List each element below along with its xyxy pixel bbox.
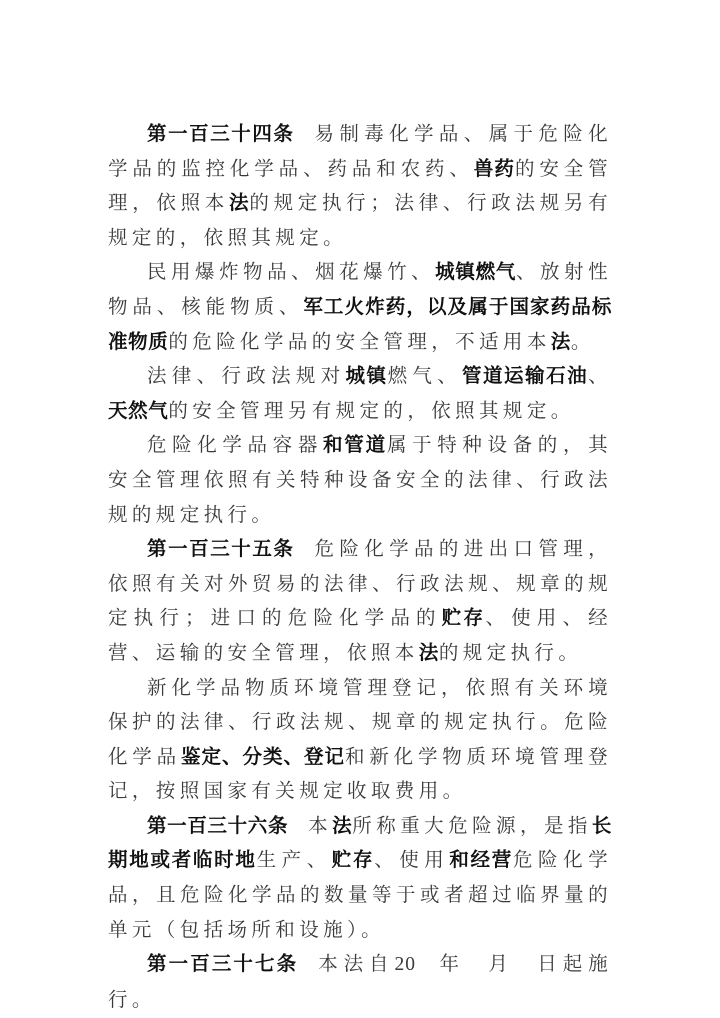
bold-segment: 法 xyxy=(551,330,571,353)
year-prefix: 20 xyxy=(394,954,416,975)
month-unit: 月 xyxy=(487,952,514,975)
text-segment: 、 xyxy=(588,364,612,387)
bold-segment: 法 xyxy=(332,814,352,837)
bold-segment: 城镇燃气 xyxy=(435,260,516,283)
effective-date-prefix: 本法自 xyxy=(318,952,394,975)
article-134-paragraph-3: 法律、行政法规对城镇燃气、管道运输石油、天然气的安全管理另有规定的，依照其规定。 xyxy=(108,359,612,428)
bold-segment: 和管道 xyxy=(323,433,387,456)
bold-segment: 兽药 xyxy=(474,157,515,180)
text-segment: 、使用 xyxy=(374,848,449,871)
bold-segment: 贮存 xyxy=(442,606,486,629)
article-label: 第一百三十六条 xyxy=(147,814,288,837)
text-segment: 生产、 xyxy=(257,848,332,871)
article-label: 第一百三十五条 xyxy=(147,537,295,560)
article-label: 第一百三十七条 xyxy=(147,952,298,975)
bold-segment: 贮存 xyxy=(332,848,374,871)
text-segment: 的规定执行。 xyxy=(439,641,582,664)
bold-segment: 天然气 xyxy=(108,399,168,422)
text-segment: 民用爆炸物品、烟花爆竹、 xyxy=(147,260,435,283)
text-segment: 危险化学品容器 xyxy=(147,433,323,456)
article-134-paragraph-4: 危险化学品容器和管道属于特种设备的，其安全管理依照有关特种设备安全的法律、行政法… xyxy=(108,428,612,532)
text-segment: 的安全管理另有规定的，依照其规定。 xyxy=(168,399,574,422)
bold-segment: 和经营 xyxy=(449,848,513,871)
document-page: 第一百三十四条易制毒化学品、属于危险化学品的监控化学品、药品和农药、兽药的安全管… xyxy=(108,117,612,1017)
article-134-paragraph-1: 第一百三十四条易制毒化学品、属于危险化学品的监控化学品、药品和农药、兽药的安全管… xyxy=(108,117,612,255)
text-segment: 。 xyxy=(571,330,595,353)
text-segment: 法律、行政法规对 xyxy=(147,364,346,387)
text-segment: 本 xyxy=(308,814,332,837)
bold-segment: 法 xyxy=(229,191,249,214)
bold-segment: 法 xyxy=(419,641,439,664)
article-134-paragraph-2: 民用爆炸物品、烟花爆竹、城镇燃气、放射性物品、核能物质、军工火炸药，以及属于国家… xyxy=(108,255,612,359)
year-unit: 年 xyxy=(438,952,465,975)
bold-segment: 鉴定、分类、登记 xyxy=(181,745,345,768)
article-135-paragraph-2: 新化学品物质环境管理登记，依照有关环境保护的法律、行政法规、规章的规定执行。危险… xyxy=(108,671,612,809)
article-label: 第一百三十四条 xyxy=(147,122,295,145)
text-segment: 所称重大危险源，是指 xyxy=(352,814,592,837)
text-segment: 的危险化学品的安全管理，不适用本 xyxy=(168,330,550,353)
text-segment: 燃气、 xyxy=(388,364,462,387)
article-135-paragraph-1: 第一百三十五条危险化学品的进出口管理，依照有关对外贸易的法律、行政法规、规章的规… xyxy=(108,532,612,670)
bold-segment: 管道运输石油 xyxy=(462,364,588,387)
bold-segment: 城镇 xyxy=(346,364,388,387)
article-137-paragraph-1: 第一百三十七条本法自20年月日起施行。 xyxy=(108,947,612,1017)
article-136-paragraph-1: 第一百三十六条本法所称重大危险源，是指长期地或者临时地生产、贮存、使用和经营危险… xyxy=(108,809,612,947)
